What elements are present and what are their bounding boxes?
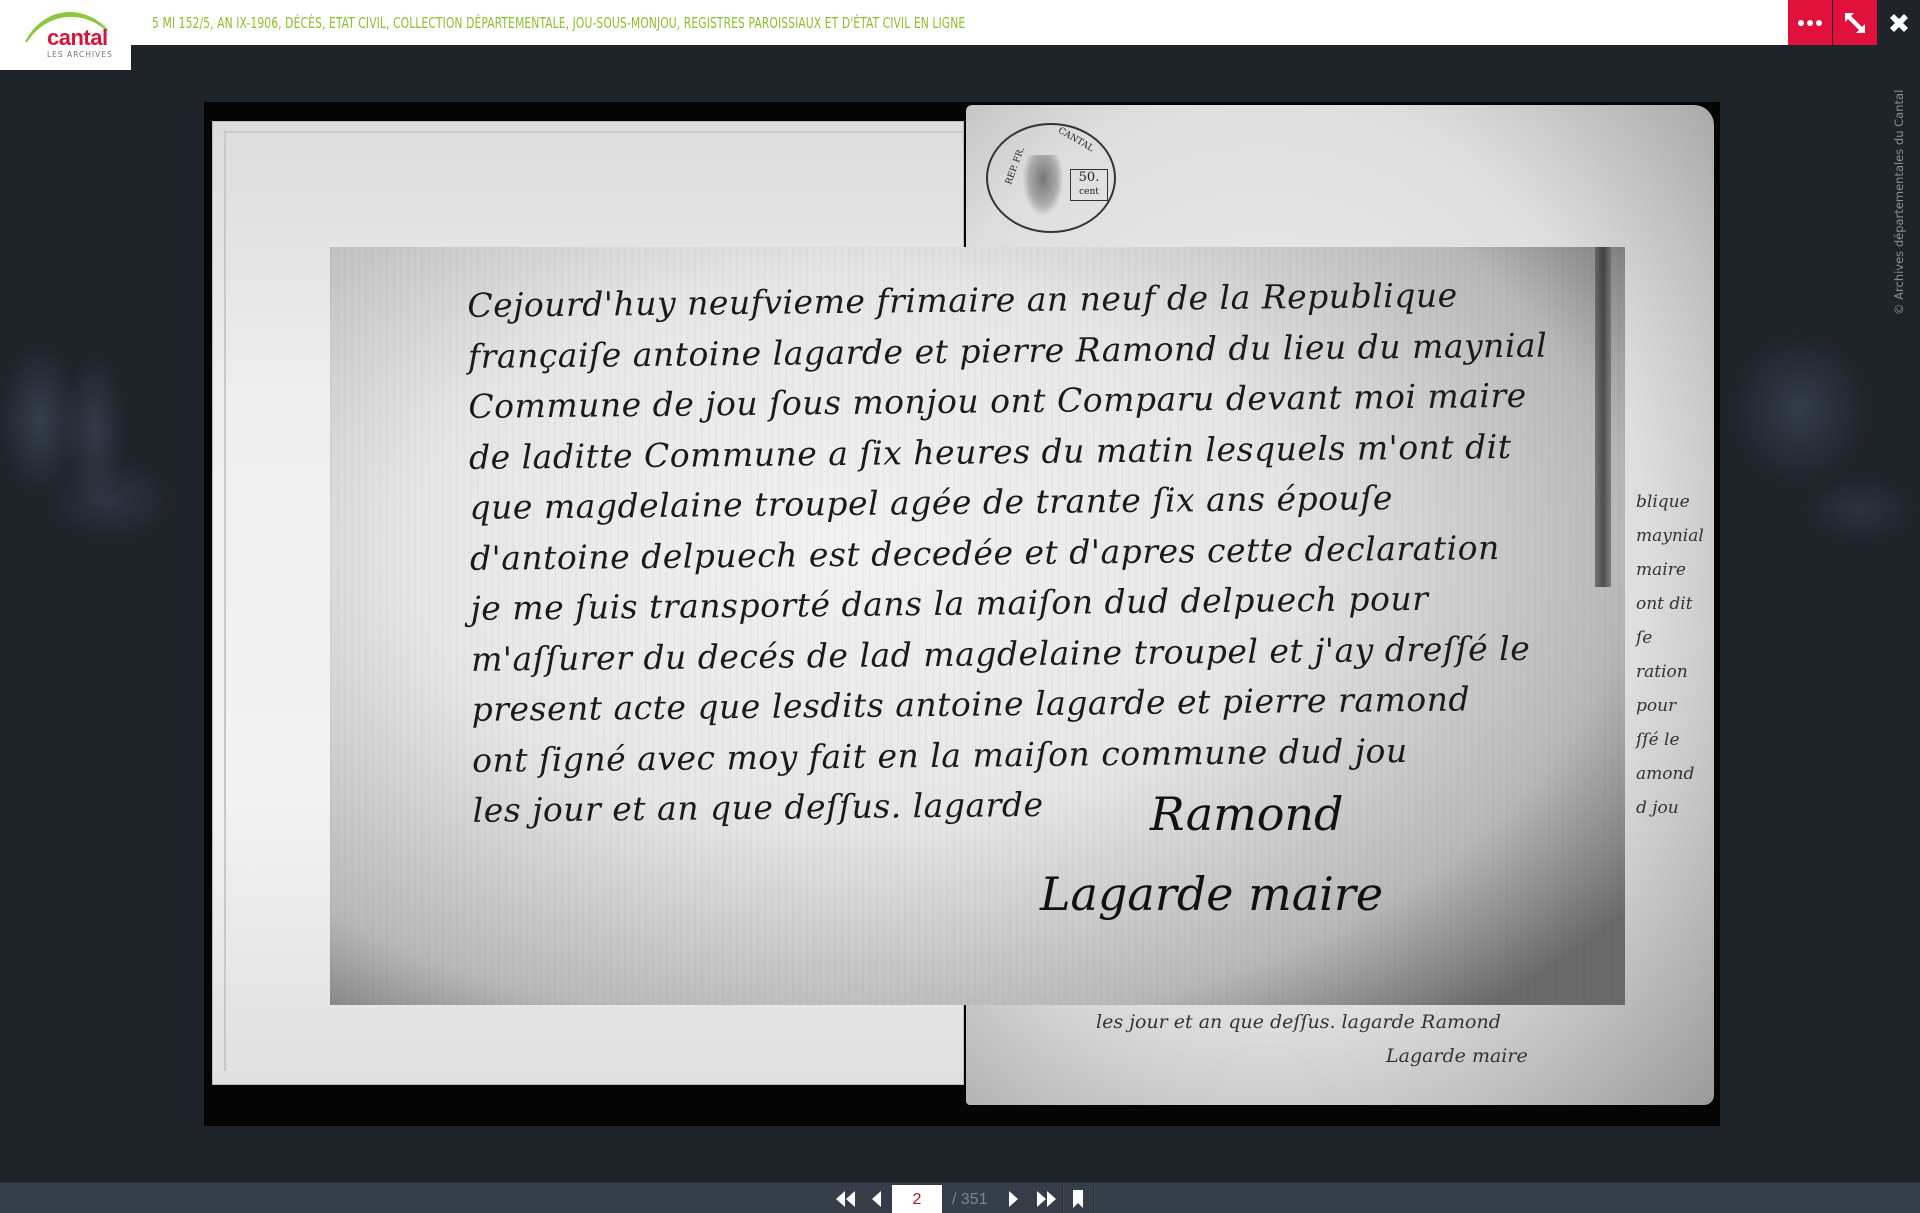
copyright-notice: © Archives départementales du Cantal bbox=[1892, 90, 1906, 315]
last-page-button[interactable] bbox=[1032, 1183, 1060, 1213]
underlying-page-text: les jour et an que deſſus. lagarde Ramon… bbox=[1096, 1005, 1528, 1073]
stamp-right-text: CANTAL bbox=[1056, 126, 1095, 154]
margin-fragment: blique bbox=[1636, 485, 1706, 519]
next-page-button[interactable] bbox=[1004, 1183, 1024, 1213]
first-page-icon bbox=[834, 1190, 858, 1208]
margin-fragment: ration bbox=[1636, 655, 1706, 689]
expand-arrows-icon bbox=[1842, 10, 1868, 36]
stamp-value-number: 50. bbox=[1079, 170, 1100, 185]
tax-stamp: REP. FR. CANTAL 50. cent bbox=[986, 123, 1116, 233]
header-bar: 5 MI 152/5, AN IX-1906, DÉCÈS, ETAT CIVI… bbox=[0, 0, 1788, 45]
bookmark-icon bbox=[1072, 1189, 1084, 1209]
stamp-figure-icon bbox=[1023, 155, 1063, 215]
underlying-line: les jour et an que deſſus. lagarde Ramon… bbox=[1096, 1005, 1528, 1039]
stamp-value: 50. cent bbox=[1070, 169, 1108, 201]
zoom-magnifier-overlay[interactable]: Cejourd'huy neufvieme frimaire an neuf d… bbox=[330, 247, 1625, 1005]
page-number-input[interactable] bbox=[892, 1185, 942, 1213]
underlying-line: Lagarde maire bbox=[1096, 1039, 1528, 1073]
previous-page-button[interactable] bbox=[866, 1183, 886, 1213]
more-options-button[interactable] bbox=[1788, 0, 1832, 45]
logo-subtitle: LES ARCHIVES bbox=[47, 50, 113, 59]
manuscript-text: Cejourd'huy neufvieme frimaire an neuf d… bbox=[467, 269, 1593, 836]
margin-fragment: maire bbox=[1636, 553, 1706, 587]
close-button[interactable] bbox=[1878, 0, 1920, 45]
cantal-logo[interactable]: cantal LES ARCHIVES bbox=[0, 0, 131, 70]
next-page-icon bbox=[1008, 1190, 1020, 1208]
toolbar-divider bbox=[1062, 1183, 1063, 1213]
page-total: / 351 bbox=[952, 1183, 988, 1213]
close-x-icon bbox=[1888, 12, 1910, 34]
margin-fragment: ſſé le bbox=[1636, 723, 1706, 757]
first-page-button[interactable] bbox=[832, 1183, 860, 1213]
margin-fragment: pour bbox=[1636, 689, 1706, 723]
more-dots-icon bbox=[1798, 20, 1822, 26]
previous-page-icon bbox=[870, 1190, 882, 1208]
margin-fragment: maynial bbox=[1636, 519, 1706, 553]
toolbar-divider bbox=[1093, 1183, 1094, 1213]
page-edge bbox=[1595, 247, 1611, 587]
margin-fragment: ſe bbox=[1636, 621, 1706, 655]
margin-fragment: d jou bbox=[1636, 791, 1706, 825]
logo-brand: cantal bbox=[47, 27, 108, 49]
pagination-toolbar: / 351 bbox=[0, 1182, 1920, 1213]
stamp-value-unit: cent bbox=[1071, 185, 1107, 200]
margin-fragment: amond bbox=[1636, 757, 1706, 791]
margin-fragment: ont dit bbox=[1636, 587, 1706, 621]
bookmark-button[interactable] bbox=[1066, 1183, 1090, 1213]
last-page-icon bbox=[1034, 1190, 1058, 1208]
fullscreen-button[interactable] bbox=[1833, 0, 1877, 45]
manuscript-line: les jour et an que deſſus. lagarde bbox=[472, 774, 1592, 836]
document-title: 5 MI 152/5, AN IX-1906, DÉCÈS, ETAT CIVI… bbox=[152, 0, 965, 45]
signature-ramond: Ramond bbox=[1150, 787, 1344, 841]
signature-lagarde-maire: Lagarde maire bbox=[1040, 867, 1383, 921]
right-margin-fragments: blique maynial maire ont dit ſe ration p… bbox=[1636, 485, 1706, 825]
